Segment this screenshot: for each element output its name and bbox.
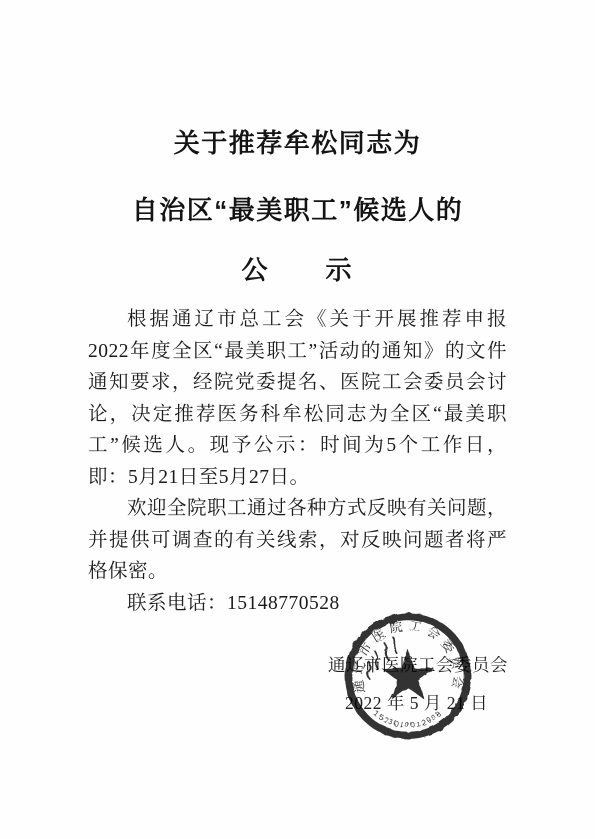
official-seal: 通辽市医院工会委员会 1523010012988	[344, 612, 472, 740]
official-seal-graphic: 通辽市医院工会委员会 1523010012988	[344, 612, 472, 740]
notice-body: 根据通辽市总工会《关于开展推荐申报2022年度全区“最美职工”活动的通知》的文件…	[88, 304, 507, 619]
notice-title: 关于推荐牟松同志为 自治区“最美职工”候选人的 公 示	[0, 0, 595, 287]
notice-document-page: 关于推荐牟松同志为 自治区“最美职工”候选人的 公 示 根据通辽市总工会《关于开…	[0, 0, 595, 839]
notice-title-line-1: 关于推荐牟松同志为	[0, 126, 595, 160]
seal-star-icon	[381, 649, 434, 699]
body-paragraph-2: 欢迎全院职工通过各种方式反映有关问题，并提供可调查的有关线索，对反映问题者将严格…	[88, 493, 507, 588]
notice-title-line-3: 公 示	[0, 253, 595, 287]
notice-title-line-2: 自治区“最美职工”候选人的	[0, 193, 595, 227]
body-paragraph-1: 根据通辽市总工会《关于开展推荐申报2022年度全区“最美职工”活动的通知》的文件…	[88, 304, 507, 493]
